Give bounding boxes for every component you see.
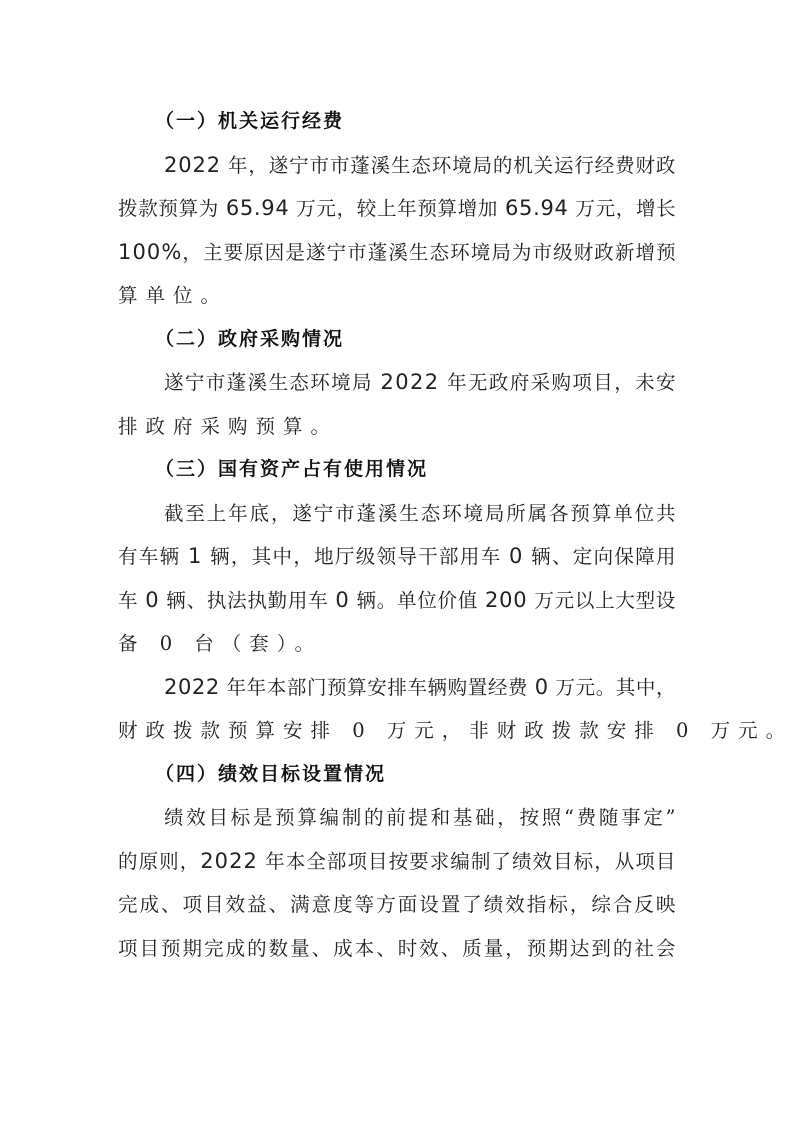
section-government-procurement: （二）政府采购情况 遂宁市蓬溪生态环境局 2022 年无政府采购项目，未安 排政… [118, 318, 676, 449]
paragraph-line: 车 0 辆、执法执勤用车 0 辆。单位价值 200 万元以上大型设 [118, 579, 676, 623]
paragraph: 绩效目标是预算编制的前提和基础，按照“费随事定” 的原则，2022 年本全部项目… [118, 796, 676, 970]
paragraph: 截至上年底，遂宁市蓬溪生态环境局所属各预算单位共 有车辆 1 辆，其中，地厅级领… [118, 492, 676, 666]
paragraph-line: 的原则，2022 年本全部项目按要求编制了绩效目标，从项目 [118, 840, 676, 884]
paragraph-line: 100%，主要原因是遂宁市蓬溪生态环境局为市级财政新增预 [118, 231, 676, 275]
section-operating-expenses: （一）机关运行经费 2022 年，遂宁市市蓬溪生态环境局的机关运行经费财政 拨款… [118, 100, 676, 318]
paragraph-line: 完成、项目效益、满意度等方面设置了绩效指标，综合反映 [118, 883, 676, 927]
section-state-assets: （三）国有资产占有使用情况 截至上年底，遂宁市蓬溪生态环境局所属各预算单位共 有… [118, 448, 676, 753]
paragraph-line: 备 0 台（套）。 [118, 622, 676, 666]
paragraph: 2022 年年本部门预算安排车辆购置经费 0 万元。其中， 财政拨款预算安排 0… [118, 666, 676, 753]
paragraph: 遂宁市蓬溪生态环境局 2022 年无政府采购项目，未安 排政府采购预算。 [118, 361, 676, 448]
paragraph-line: 2022 年，遂宁市市蓬溪生态环境局的机关运行经费财政 [118, 144, 676, 188]
paragraph-line: 项目预期完成的数量、成本、时效、质量，预期达到的社会 [118, 927, 676, 971]
paragraph-line: 2022 年年本部门预算安排车辆购置经费 0 万元。其中， [118, 666, 676, 710]
paragraph-line: 财政拨款预算安排 0 万元，非财政拨款安排 0 万元。 [118, 709, 676, 753]
section-performance-goals: （四）绩效目标设置情况 绩效目标是预算编制的前提和基础，按照“费随事定” 的原则… [118, 753, 676, 971]
section-heading: （四）绩效目标设置情况 [118, 753, 676, 797]
paragraph-line: 截至上年底，遂宁市蓬溪生态环境局所属各预算单位共 [118, 492, 676, 536]
section-heading: （一）机关运行经费 [118, 100, 676, 144]
paragraph-line: 遂宁市蓬溪生态环境局 2022 年无政府采购项目，未安 [118, 361, 676, 405]
paragraph: 2022 年，遂宁市市蓬溪生态环境局的机关运行经费财政 拨款预算为 65.94 … [118, 144, 676, 318]
section-heading: （三）国有资产占有使用情况 [118, 448, 676, 492]
paragraph-line: 拨款预算为 65.94 万元，较上年预算增加 65.94 万元，增长 [118, 187, 676, 231]
section-heading: （二）政府采购情况 [118, 318, 676, 362]
document-page: （一）机关运行经费 2022 年，遂宁市市蓬溪生态环境局的机关运行经费财政 拨款… [118, 100, 676, 970]
paragraph-line: 绩效目标是预算编制的前提和基础，按照“费随事定” [118, 796, 676, 840]
paragraph-line: 有车辆 1 辆，其中，地厅级领导干部用车 0 辆、定向保障用 [118, 535, 676, 579]
paragraph-line: 排政府采购预算。 [118, 405, 676, 449]
paragraph-line: 算单位。 [118, 274, 676, 318]
